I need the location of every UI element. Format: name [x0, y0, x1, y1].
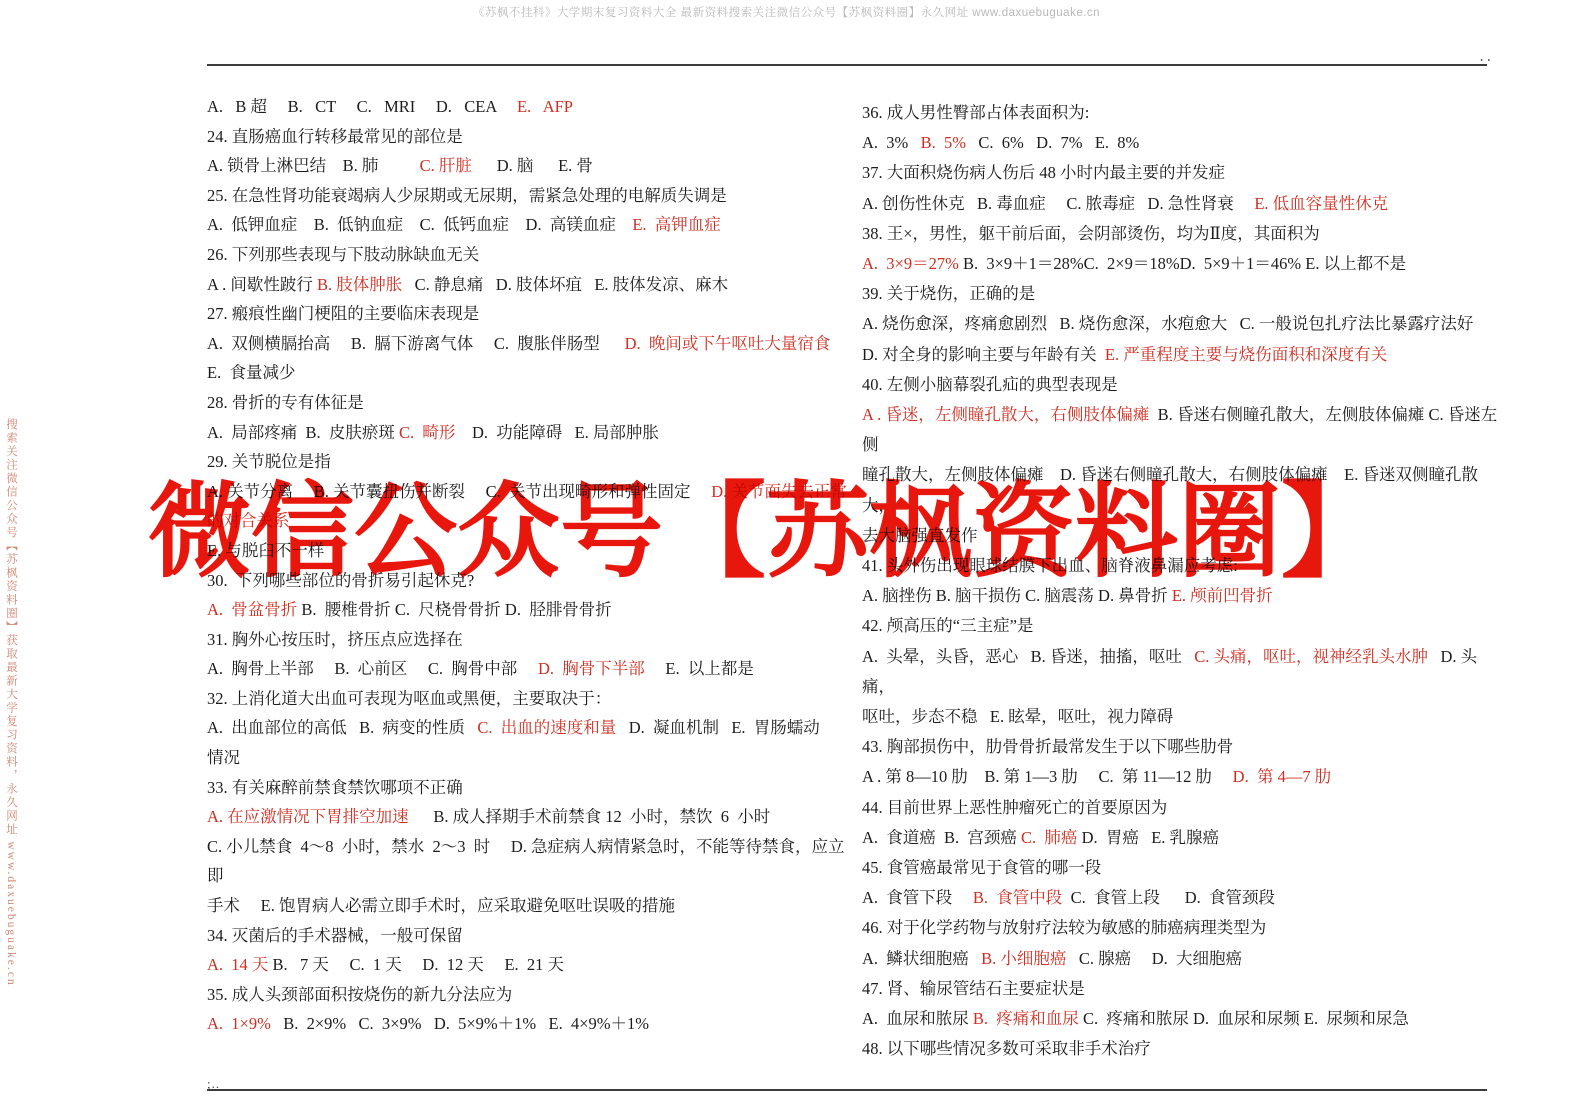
answer-segment: A. 在应激情况下胃排空加速 [207, 807, 409, 826]
question-line: A. 骨盆骨折 B. 腰椎骨折 C. 尺桡骨骨折 D. 胫腓骨骨折 [207, 595, 852, 625]
answer-segment: D. 胸骨下半部 [538, 659, 645, 678]
page-header-text: 《苏枫不挂科》大学期末复习资料大全 最新资料搜索关注微信公众号【苏枫资料圈】永久… [0, 4, 1573, 20]
text-segment: D. 脑 E. 骨 [472, 156, 593, 175]
question-line: 36. 成人男性臀部占体表面积为: [862, 98, 1502, 128]
text-segment: A. 血尿和脓尿 [862, 1009, 973, 1028]
text-segment: 47. 肾、输尿管结石主要症状是 [862, 979, 1085, 998]
question-line: A. 脑挫伤 B. 脑干损伤 C. 脑震荡 D. 鼻骨折 E. 颅前凹骨折 [862, 581, 1502, 611]
question-line: 48. 以下哪些情况多数可采取非手术治疗 [862, 1034, 1502, 1064]
text-segment: 42. 颅高压的“三主症”是 [862, 616, 1033, 635]
question-line: A . 间歇性跛行 B. 肢体肿胀 C. 静息痛 D. 肢体坏疽 E. 肢体发凉… [207, 270, 852, 300]
question-line: A. B 超 B. CT C. MRI D. CEA E. AFP [207, 92, 852, 122]
question-line: 45. 食管癌最常见于食管的哪一段 [862, 853, 1502, 883]
question-line: 41. 头外伤出现眼球结膜下出血、脑脊液鼻漏应考虑: [862, 551, 1502, 581]
answer-segment: E. 高钾血症 [632, 215, 720, 234]
question-line: A. 出血部位的高低 B. 病变的性质 C. 出血的速度和量 D. 凝血机制 E… [207, 713, 852, 743]
question-line: 44. 目前世界上恶性肿瘤死亡的首要原因为 [862, 793, 1502, 823]
text-segment: 手术 E. 饱胃病人必需立即手术时，应采取避免呕吐误吸的措施 [207, 896, 675, 915]
text-segment: 48. 以下哪些情况多数可采取非手术治疗 [862, 1039, 1151, 1058]
text-segment: 40. 左侧小脑幕裂孔疝的典型表现是 [862, 375, 1118, 394]
text-segment: C. 静息痛 D. 肢体坏疽 E. 肢体发凉、麻木 [402, 275, 728, 294]
answer-segment: B. 肢体肿胀 [317, 275, 402, 294]
text-segment: 去大脑强直发作 [862, 526, 978, 545]
question-column-left: A. B 超 B. CT C. MRI D. CEA E. AFP24. 直肠癌… [207, 92, 852, 1098]
answer-segment: E. 颅前凹骨折 [1172, 586, 1273, 605]
question-line: 28. 骨折的专有体征是 [207, 388, 852, 418]
question-line: ;.. [207, 1069, 852, 1099]
question-line: 39. 关于烧伤，正确的是 [862, 279, 1502, 309]
question-line: 37. 大面积烧伤病人伤后 48 小时内最主要的并发症 [862, 158, 1502, 188]
text-segment: C. 小儿禁食 4～8 小时，禁水 2～3 时 D. 急症病人病情紧急时，不能等… [207, 837, 845, 886]
text-segment: 28. 骨折的专有体征是 [207, 393, 364, 412]
text-segment: B. 7 天 C. 1 天 D. 12 天 E. 21 天 [268, 955, 564, 974]
answer-segment: A. 3×9＝27% [862, 254, 959, 273]
question-line: 47. 肾、输尿管结石主要症状是 [862, 974, 1502, 1004]
question-line: 的对合关系 [207, 506, 852, 536]
text-segment: 39. 关于烧伤，正确的是 [862, 284, 1035, 303]
answer-segment: A. 14 天 [207, 955, 268, 974]
text-segment: 33. 有关麻醉前禁食禁饮哪项不正确 [207, 778, 463, 797]
text-segment: A. B 超 B. CT C. MRI D. CEA [207, 97, 517, 116]
text-segment: 43. 胸部损伤中，肋骨骨折最常发生于以下哪些肋骨 [862, 737, 1233, 756]
text-segment: E. 食量减少 [207, 363, 295, 382]
question-column-right: 36. 成人男性臀部占体表面积为:A. 3% B. 5% C. 6% D. 7%… [862, 98, 1502, 1065]
question-line: 40. 左侧小脑幕裂孔疝的典型表现是 [862, 370, 1502, 400]
text-segment: 情况 [207, 748, 240, 767]
text-segment: 24. 直肠癌血行转移最常见的部位是 [207, 127, 463, 146]
question-line: A. 在应激情况下胃排空加速 B. 成人择期手术前禁食 12 小时，禁饮 6 小… [207, 802, 852, 832]
text-segment: 30. 下列哪些部位的骨折易引起休克? [207, 571, 474, 590]
text-segment: D. 凝血机制 E. 胃肠蠕动 [616, 718, 820, 737]
bottom-divider-rule [207, 1089, 1487, 1091]
question-line: 34. 灭菌后的手术器械，一般可保留 [207, 921, 852, 951]
question-line: 24. 直肠癌血行转移最常见的部位是 [207, 122, 852, 152]
text-segment: 38. 王×，男性，躯干前后面，会阴部烫伤，均为Ⅱ度，其面积为 [862, 224, 1320, 243]
text-segment: A. 食管下段 [862, 888, 973, 907]
text-segment: 41. 头外伤出现眼球结膜下出血、脑脊液鼻漏应考虑: [862, 556, 1238, 575]
text-segment: D. 功能障碍 E. 局部肿胀 [455, 423, 659, 442]
answer-segment: A. 骨盆骨折 [207, 600, 297, 619]
question-line: A. 局部疼痛 B. 皮肤瘀斑 C. 畸形 D. 功能障碍 E. 局部肿胀 [207, 418, 852, 448]
answer-segment: E. 低血容量性休克 [1254, 194, 1388, 213]
question-line: A. 3×9＝27% B. 3×9＋1＝28%C. 2×9＝18%D. 5×9＋… [862, 249, 1502, 279]
question-line: 26. 下列那些表现与下肢动脉缺血无关 [207, 240, 852, 270]
answer-segment: A. 1×9% [207, 1014, 271, 1033]
answer-segment: E. 严重程度主要与烧伤面积和深度有关 [1105, 345, 1387, 364]
answer-segment: C. 肺癌 [1021, 828, 1077, 847]
text-segment: 29. 关节脱位是指 [207, 452, 331, 471]
text-segment: 呕吐，步态不稳 E. 眩晕，呕吐，视力障碍 [862, 707, 1173, 726]
text-segment: 26. 下列那些表现与下肢动脉缺血无关 [207, 245, 479, 264]
question-line: A. 食管下段 B. 食管中段 C. 食管上段 D. 食管颈段 [862, 883, 1502, 913]
answer-segment: A . 昏迷，左侧瞳孔散大，右侧肢体偏瘫 [862, 405, 1149, 424]
answer-segment: 的对合关系 [207, 511, 290, 530]
text-segment: A . 第 8—10 肋 B. 第 1—3 肋 C. 第 11—12 肋 [862, 767, 1233, 786]
text-segment: 44. 目前世界上恶性肿瘤死亡的首要原因为 [862, 798, 1167, 817]
answer-segment: B. 疼痛和血尿 [973, 1009, 1079, 1028]
question-line: A. 14 天 B. 7 天 C. 1 天 D. 12 天 E. 21 天 [207, 950, 852, 980]
question-line: A. 关节分离 B. 关节囊扭伤并断裂 C. 关节出现畸形和弹性固定 D. 关节… [207, 477, 852, 507]
top-divider-rule [207, 64, 1487, 66]
text-segment: B. 3×9＋1＝28%C. 2×9＝18%D. 5×9＋1＝46% E. 以上… [959, 254, 1406, 273]
text-segment: A. 关节分离 B. 关节囊扭伤并断裂 C. 关节出现畸形和弹性固定 [207, 482, 711, 501]
answer-segment: C. 肝脏 [420, 156, 472, 175]
question-line: A. 烧伤愈深，疼痛愈剧烈 B. 烧伤愈深，水疱愈大 C. 一般说包扎疗法比暴露… [862, 309, 1502, 339]
text-segment: 46. 对于化学药物与放射疗法较为敏感的肺癌病理类型为 [862, 918, 1266, 937]
question-line: 呕吐，步态不稳 E. 眩晕，呕吐，视力障碍 [862, 702, 1502, 732]
text-segment: A. 双侧横膈抬高 B. 膈下游离气体 C. 腹胀伴肠型 [207, 334, 625, 353]
text-segment: E. 与脱臼不一样 [207, 541, 324, 560]
text-segment: A. 低钾血症 B. 低钠血症 C. 低钙血症 D. 高镁血症 [207, 215, 632, 234]
text-segment: B. 腰椎骨折 C. 尺桡骨骨折 D. 胫腓骨骨折 [297, 600, 611, 619]
question-line: 手术 E. 饱胃病人必需立即手术时，应采取避免呕吐误吸的措施 [207, 891, 852, 921]
text-segment: 瞳孔散大，左侧肢体偏瘫 D. 昏迷右侧瞳孔散大，右侧肢体偏瘫 E. 昏迷双侧瞳孔… [862, 465, 1478, 514]
text-segment: 45. 食管癌最常见于食管的哪一段 [862, 858, 1101, 877]
question-line: A. 食道癌 B. 宫颈癌 C. 肺癌 D. 胃癌 E. 乳腺癌 [862, 823, 1502, 853]
question-line: A. 1×9% B. 2×9% C. 3×9% D. 5×9%＋1% E. 4×… [207, 1009, 852, 1039]
question-line: A. 头晕，头昏，恶心 B. 昏迷，抽搐，呕吐 C. 头痛，呕吐，视神经乳头水肿… [862, 642, 1502, 702]
answer-segment: B. 5% [921, 133, 966, 152]
answer-segment: B. 小细胞癌 [981, 949, 1066, 968]
question-line: A . 昏迷，左侧瞳孔散大，右侧肢体偏瘫 B. 昏迷右侧瞳孔散大，左侧肢体偏瘫 … [862, 400, 1502, 460]
question-line: 42. 颅高压的“三主症”是 [862, 611, 1502, 641]
answer-segment: D. 晚间或下午呕吐大量宿食 [625, 334, 831, 353]
question-line: 30. 下列哪些部位的骨折易引起休克? [207, 566, 852, 596]
question-line: D. 对全身的影响主要与年龄有关 E. 严重程度主要与烧伤面积和深度有关 [862, 340, 1502, 370]
question-line: A. 双侧横膈抬高 B. 膈下游离气体 C. 腹胀伴肠型 D. 晚间或下午呕吐大… [207, 329, 852, 359]
question-line: E. 与脱臼不一样 [207, 536, 852, 566]
text-segment: A . 间歇性跛行 [207, 275, 317, 294]
question-line: 33. 有关麻醉前禁食禁饮哪项不正确 [207, 773, 852, 803]
text-segment: B. 2×9% C. 3×9% D. 5×9%＋1% E. 4×9%＋1% [271, 1014, 649, 1033]
text-segment: 36. 成人男性臀部占体表面积为: [862, 103, 1089, 122]
text-segment: A. 局部疼痛 B. 皮肤瘀斑 [207, 423, 399, 442]
question-line: 38. 王×，男性，躯干前后面，会阴部烫伤，均为Ⅱ度，其面积为 [862, 219, 1502, 249]
text-segment: A. 鳞状细胞癌 [862, 949, 981, 968]
question-line: A. 血尿和脓尿 B. 疼痛和血尿 C. 疼痛和脓尿 D. 血尿和尿频 E. 尿… [862, 1004, 1502, 1034]
question-line: 43. 胸部损伤中，肋骨骨折最常发生于以下哪些肋骨 [862, 732, 1502, 762]
text-segment: 31. 胸外心按压时，挤压点应选择在 [207, 630, 463, 649]
question-line: A . 第 8—10 肋 B. 第 1—3 肋 C. 第 11—12 肋 D. … [862, 762, 1502, 792]
question-line: A. 锁骨上淋巴结 B. 肺 C. 肝脏 D. 脑 E. 骨 [207, 151, 852, 181]
text-segment: 32. 上消化道大出血可表现为呕血或黑便，主要取决于： [207, 689, 611, 708]
question-line: 32. 上消化道大出血可表现为呕血或黑便，主要取决于： [207, 684, 852, 714]
question-line: 35. 成人头颈部面积按烧伤的新九分法应为 [207, 980, 852, 1010]
question-line: A. 鳞状细胞癌 B. 小细胞癌 C. 腺癌 D. 大细胞癌 [862, 944, 1502, 974]
text-segment: 37. 大面积烧伤病人伤后 48 小时内最主要的并发症 [862, 163, 1225, 182]
document-page: 《苏枫不挂科》大学期末复习资料大全 最新资料搜索关注微信公众号【苏枫资料圈】永久… [0, 0, 1573, 1105]
text-segment: A. 出血部位的高低 B. 病变的性质 [207, 718, 477, 737]
text-segment: A. 食道癌 B. 宫颈癌 [862, 828, 1021, 847]
text-segment: C. 腺癌 D. 大细胞癌 [1066, 949, 1242, 968]
text-segment: A. 头晕，头昏，恶心 B. 昏迷，抽搐，呕吐 [862, 647, 1194, 666]
text-segment: C. 食管上段 D. 食管颈段 [1062, 888, 1275, 907]
corner-dots-mark: .. [1478, 50, 1492, 64]
text-segment: A. 胸骨上半部 B. 心前区 C. 胸骨中部 [207, 659, 538, 678]
question-line [207, 1039, 852, 1069]
text-segment: 34. 灭菌后的手术器械，一般可保留 [207, 926, 463, 945]
question-line: A. 低钾血症 B. 低钠血症 C. 低钙血症 D. 高镁血症 E. 高钾血症 [207, 210, 852, 240]
question-line: 25. 在急性肾功能衰竭病人少尿期或无尿期，需紧急处理的电解质失调是 [207, 181, 852, 211]
question-line: 31. 胸外心按压时，挤压点应选择在 [207, 625, 852, 655]
text-segment: 35. 成人头颈部面积按烧伤的新九分法应为 [207, 985, 512, 1004]
text-segment: A. 创伤性休克 B. 毒血症 C. 脓毒症 D. 急性肾衰 [862, 194, 1254, 213]
text-segment: B. 成人择期手术前禁食 12 小时，禁饮 6 小时 [409, 807, 771, 826]
text-segment: A. 3% [862, 133, 921, 152]
answer-segment: C. 头痛，呕吐，视神经乳头水肿 [1194, 647, 1428, 666]
question-line: A. 胸骨上半部 B. 心前区 C. 胸骨中部 D. 胸骨下半部 E. 以上都是 [207, 654, 852, 684]
question-line: C. 小儿禁食 4～8 小时，禁水 2～3 时 D. 急症病人病情紧急时，不能等… [207, 832, 852, 891]
text-segment: A. 脑挫伤 B. 脑干损伤 C. 脑震荡 D. 鼻骨折 [862, 586, 1172, 605]
question-line: 去大脑强直发作 [862, 521, 1502, 551]
text-segment: E. 以上都是 [645, 659, 754, 678]
question-line: 情况 [207, 743, 852, 773]
question-line: 27. 瘢痕性幽门梗阻的主要临床表现是 [207, 299, 852, 329]
answer-segment: D. 第 4—7 肋 [1233, 767, 1332, 786]
question-line: 29. 关节脱位是指 [207, 447, 852, 477]
question-line: A. 3% B. 5% C. 6% D. 7% E. 8% [862, 128, 1502, 158]
answer-segment: E. AFP [517, 97, 573, 116]
answer-segment: D. 关节面失去正常 [711, 482, 847, 501]
text-segment: 27. 瘢痕性幽门梗阻的主要临床表现是 [207, 304, 479, 323]
text-segment: C. 6% D. 7% E. 8% [966, 133, 1139, 152]
question-line: 瞳孔散大，左侧肢体偏瘫 D. 昏迷右侧瞳孔散大，右侧肢体偏瘫 E. 昏迷双侧瞳孔… [862, 460, 1502, 520]
question-line: 46. 对于化学药物与放射疗法较为敏感的肺癌病理类型为 [862, 913, 1502, 943]
question-line: A. 创伤性休克 B. 毒血症 C. 脓毒症 D. 急性肾衰 E. 低血容量性休… [862, 189, 1502, 219]
side-watermark-text: 搜索关注微信公众号【苏枫资料圈】获取最新大学复习资料，永久网址 www.daxu… [3, 418, 19, 1105]
text-segment: A. 烧伤愈深，疼痛愈剧烈 B. 烧伤愈深，水疱愈大 C. 一般说包扎疗法比暴露… [862, 314, 1473, 333]
question-line: E. 食量减少 [207, 358, 852, 388]
text-segment: A. 锁骨上淋巴结 B. 肺 [207, 156, 420, 175]
text-segment: 25. 在急性肾功能衰竭病人少尿期或无尿期，需紧急处理的电解质失调是 [207, 186, 727, 205]
text-segment: D. 对全身的影响主要与年龄有关 [862, 345, 1105, 364]
answer-segment: C. 畸形 [399, 423, 455, 442]
answer-segment: C. 出血的速度和量 [477, 718, 616, 737]
answer-segment: B. 食管中段 [973, 888, 1062, 907]
text-segment: D. 胃癌 E. 乳腺癌 [1077, 828, 1219, 847]
text-segment: C. 疼痛和脓尿 D. 血尿和尿频 E. 尿频和尿急 [1079, 1009, 1409, 1028]
